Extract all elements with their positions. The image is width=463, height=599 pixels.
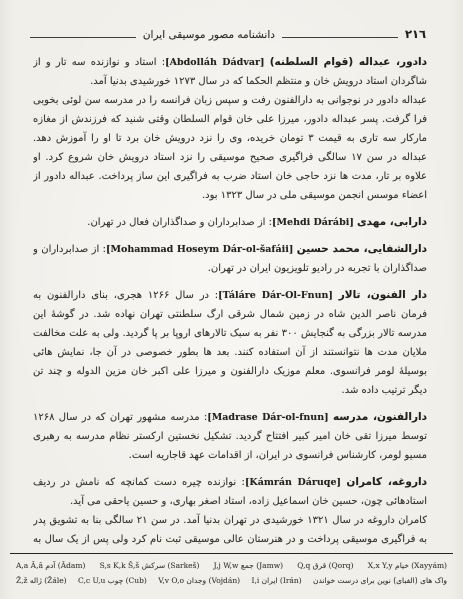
pronunciation-key: A,a Â,â آدم (Âdam) S,s K,k Š,š سرکش (Sar… (9, 553, 454, 588)
entry-dar-ol-shafayi: دارالشفایی، محمد حسین [Mohammad Hoseym D… (33, 232, 427, 278)
entry-headword: دارالفنون، مدرسه (333, 411, 427, 423)
entry-headword: دار الفنون، تالار (339, 289, 427, 301)
entry-paragraph: دارالشفایی، محمد حسین [Mohammad Hoseym D… (33, 240, 427, 278)
footer-rule (10, 553, 453, 554)
entries-text-block: دادور، عبداله (قوام السلطنه) [Abdolláh D… (33, 50, 427, 549)
entry-definition: : در سال ۱۲۶۶ هجری، بنای دارالفنون به فر… (33, 290, 427, 396)
book-title: دانشنامه مصور موسیقی ایران (143, 29, 275, 41)
key-item-cub: C,c U,u چوب (Cub) (78, 573, 147, 588)
entry-paragraph: دادور، عبداله (قوام السلطنه) [Abdolláh D… (33, 53, 427, 91)
key-item-zhale: Ž,ž ژاله (Žále) (16, 573, 67, 588)
entry-headword: دادور، عبداله (قوام السلطنه) (270, 56, 427, 68)
entry-talare-dar-ol-fnun: دار الفنون، تالار [Táláre Dár-Ol-Fnun]: … (33, 278, 427, 400)
key-item-vojdan: V,v O,o وجدان (Vojdán) (158, 573, 240, 588)
key-item-qorq: Q,q قرق (Qorq) (297, 558, 353, 573)
scanned-book-page: دانشنامه مصور موسیقی ایران ٢١٦ دادور، عب… (0, 0, 463, 599)
header-rule-left (30, 37, 136, 38)
entry-paragraph: عبداله دادور در نوجوانی به دارالفنون رفت… (33, 91, 427, 205)
entry-dadvar-abdollah: دادور، عبداله (قوام السلطنه) [Abdolláh D… (33, 50, 427, 205)
entry-transliteration: [Mehdi Dárábi] (272, 217, 354, 228)
entry-transliteration: [Abdolláh Dádvar] (165, 57, 264, 68)
pronunciation-key-row-2: Ž,ž ژاله (Žále) C,c U,u چوب (Cub) V,v O,… (9, 573, 454, 588)
entry-paragraph: دارالفنون، مدرسه [Madrase Dár-ol-fnun]: … (33, 408, 427, 465)
entry-paragraph: دارابی، مهدی [Mehdi Dárábi]: از صدابردار… (33, 213, 427, 232)
key-item-sarkesh: S,s K,k Š,š سرکش (Sarkeš) (100, 558, 200, 573)
entry-paragraph: دار الفنون، تالار [Táláre Dár-Ol-Fnun]: … (33, 286, 427, 400)
entry-definition: : از صدابرداران و صداگذاران فعال در تهرا… (87, 217, 272, 228)
entry-headword: دارالشفایی، محمد حسین (297, 243, 427, 255)
entry-daruqe-kamran: داروغه، کامران [Kámrán Dáruqe]: نوازنده … (33, 465, 427, 549)
key-item-jamw: J,j W,w جمع (Jamw) (214, 558, 283, 573)
entry-paragraph: کامران داروغه در سال ۱۳۲۱ خورشیدی در تهر… (33, 511, 427, 549)
entry-transliteration: [Kámrán Dáruqe] (245, 477, 341, 488)
entry-darabi-mehdi: دارابی، مهدی [Mehdi Dárábi]: از صدابردار… (33, 205, 427, 232)
key-item-adam: A,a Â,â آدم (Âdam) (16, 558, 85, 573)
entry-transliteration: [Madrase Dár-ol-fnun] (207, 412, 328, 423)
entry-transliteration: [Táláre Dár-Ol-Fnun] (218, 290, 333, 301)
entry-paragraph: داروغه، کامران [Kámrán Dáruqe]: نوازنده … (33, 473, 427, 511)
entry-transliteration: [Mohammad Hoseym Dár-ol-šafáii] (106, 244, 293, 255)
page-number: ٢١٦ (405, 27, 426, 41)
entry-madrase-dar-ol-fnun: دارالفنون، مدرسه [Madrase Dár-ol-fnun]: … (33, 400, 427, 465)
entry-headword: داروغه، کامران (346, 476, 427, 488)
key-item-iran: I,i ایران (Irán) (252, 573, 302, 588)
key-caption: واک های (الفبای) نوین برای درست خواندن (313, 573, 447, 588)
running-head: دانشنامه مصور موسیقی ایران ٢١٦ (30, 24, 426, 41)
pronunciation-key-row-1: A,a Â,â آدم (Âdam) S,s K,k Š,š سرکش (Sar… (9, 558, 454, 573)
header-rule-right (282, 37, 398, 38)
key-item-xayyam: X,x Y,y خیام (Xayyám) (368, 558, 447, 573)
entry-headword: دارابی، مهدی (357, 216, 427, 228)
